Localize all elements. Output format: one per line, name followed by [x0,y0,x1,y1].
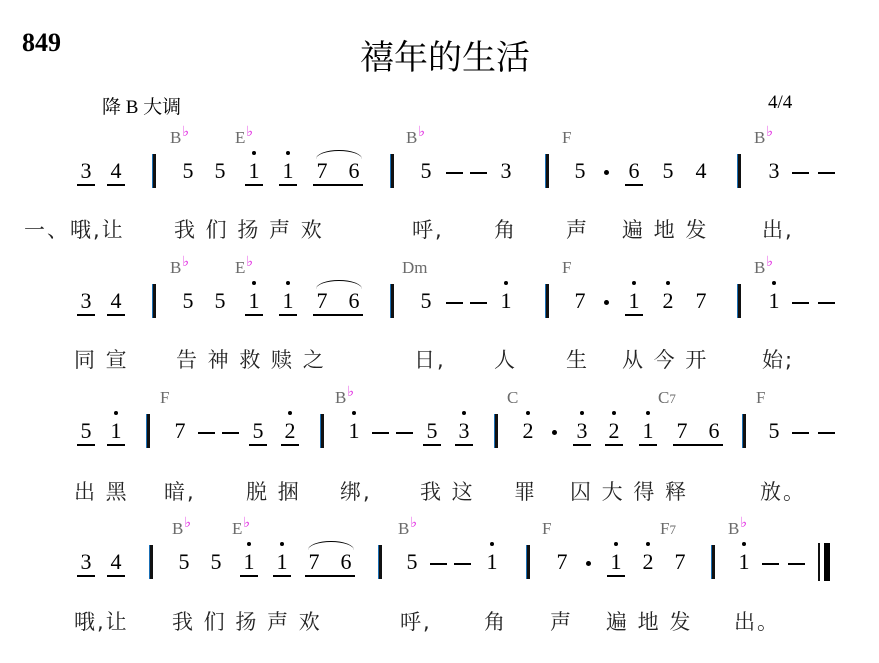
note: 5 [180,290,196,312]
chord-symbol: C7 [658,388,676,408]
eighth-underline [240,575,258,577]
lyric-text: 囚 大 得 释 [570,476,688,506]
octave-dot [252,151,256,155]
eighth-underline [77,314,95,316]
chord-root: E [232,519,242,538]
chord-root: C [658,388,669,407]
eighth-underline [77,575,95,577]
final-barline-thick [824,543,830,581]
note: 7 [572,290,588,312]
octave-dot [286,151,290,155]
augmentation-dot [604,170,609,175]
chord-root: B [170,258,181,277]
chord-symbol: B♭ [754,258,773,278]
octave-dot [646,542,650,546]
eighth-underline [77,184,95,186]
chord-symbol: E♭ [235,128,253,148]
eighth-underline [605,444,623,446]
sustain-dash [818,432,835,434]
octave-dot [526,411,530,415]
chord-root: F [542,519,551,538]
eighth-underline [107,575,125,577]
octave-dot [772,281,776,285]
note: 3 [78,551,94,573]
eighth-underline [673,444,723,446]
note: 4 [693,160,709,182]
flat-icon: ♭ [243,516,250,531]
note: 6 [706,420,722,442]
lyric-text: 从 今 开 [622,344,708,374]
note: 2 [660,290,676,312]
note: 1 [346,420,362,442]
lyric-text: 日, [414,344,446,374]
eighth-underline [625,184,643,186]
note: 1 [608,551,624,573]
note: 2 [282,420,298,442]
note: 5 [572,160,588,182]
final-barline-thin [818,543,820,581]
page-title: 禧年的生活 [360,30,530,79]
lyric-text: 绑, [340,476,372,506]
note: 3 [766,160,782,182]
note: 2 [640,551,656,573]
chord-root: C [507,388,518,407]
eighth-underline [107,184,125,186]
octave-dot [252,281,256,285]
flat-icon: ♭ [766,125,773,140]
note: 3 [456,420,472,442]
note: 1 [280,160,296,182]
chord-symbol: B♭ [398,519,417,539]
lyric-text: 脱 捆 [246,476,301,506]
octave-dot [666,281,670,285]
chord-symbol: F [562,258,571,278]
note: 1 [274,551,290,573]
chord-symbol: C [507,388,518,408]
octave-dot [742,542,746,546]
chord-symbol: B♭ [406,128,425,148]
octave-dot [490,542,494,546]
chord-symbol: B♭ [754,128,773,148]
chord-root: F [756,388,765,407]
sustain-dash [396,432,413,434]
octave-dot [280,542,284,546]
lyric-text: 告 神 救 赎 之 [176,344,326,374]
chord-symbol: B♭ [728,519,747,539]
note: 2 [606,420,622,442]
lyric-text: 呼, [400,606,432,636]
eighth-underline [639,444,657,446]
flat-icon: ♭ [182,125,189,140]
lyric-text: 呼, [412,214,444,244]
barline [545,154,549,188]
augmentation-dot [604,300,609,305]
note: 5 [766,420,782,442]
chord-root: B [754,258,765,277]
note: 5 [660,160,676,182]
sustain-dash [792,302,809,304]
note: 7 [554,551,570,573]
note: 7 [693,290,709,312]
note: 5 [180,160,196,182]
lyric-text: 声 [566,214,589,244]
note: 7 [672,551,688,573]
eighth-underline [279,314,297,316]
barline [711,545,715,579]
chord-root: Dm [402,258,428,277]
note: 5 [404,551,420,573]
chord-root: B [170,128,181,147]
note: 5 [250,420,266,442]
lyric-text: 一、哦,让 [24,214,125,244]
chord-symbol: F [562,128,571,148]
flat-icon: ♭ [182,255,189,270]
lyric-text: 人 [494,344,517,374]
note: 1 [640,420,656,442]
eighth-underline [455,444,473,446]
barline [152,284,156,318]
sustain-dash [762,563,779,565]
sustain-dash [818,302,835,304]
slur [308,541,354,550]
eighth-underline [273,575,291,577]
chord-root: F [562,128,571,147]
eighth-underline [305,575,355,577]
note: 1 [626,290,642,312]
octave-dot [114,411,118,415]
octave-dot [612,411,616,415]
chord-symbol: B♭ [170,258,189,278]
chord-extension: 7 [669,391,676,406]
note: 1 [766,290,782,312]
chord-root: B [754,128,765,147]
chord-symbol: F [756,388,765,408]
chord-symbol: F [542,519,551,539]
lyric-text: 遍 地 发 [622,214,708,244]
note: 1 [241,551,257,573]
eighth-underline [625,314,643,316]
flat-icon: ♭ [246,255,253,270]
barline [390,284,394,318]
sustain-dash [222,432,239,434]
note: 1 [484,551,500,573]
eighth-underline [77,444,95,446]
chord-symbol: E♭ [232,519,250,539]
chord-root: B [335,388,346,407]
flat-icon: ♭ [184,516,191,531]
octave-dot [580,411,584,415]
lyric-text: 角 [494,214,517,244]
chord-root: B [172,519,183,538]
note: 5 [418,160,434,182]
eighth-underline [573,444,591,446]
chord-symbol: B♭ [170,128,189,148]
octave-dot [286,281,290,285]
note: 4 [108,551,124,573]
octave-dot [462,411,466,415]
barline [146,414,150,448]
lyric-text: 角 [484,606,507,636]
note: 7 [306,551,322,573]
eighth-underline [249,444,267,446]
barline [152,154,156,188]
lyric-text: 同 宣 [74,344,129,374]
note: 5 [212,290,228,312]
augmentation-dot [552,430,557,435]
note: 1 [736,551,752,573]
eighth-underline [607,575,625,577]
slur [316,150,362,159]
flat-icon: ♭ [740,516,747,531]
chord-root: F [160,388,169,407]
key-signature: 降 B 大调 [102,92,181,119]
barline [320,414,324,448]
flat-icon: ♭ [766,255,773,270]
sustain-dash [372,432,389,434]
note: 6 [338,551,354,573]
chord-symbol: E♭ [235,258,253,278]
chord-symbol: Dm [402,258,428,278]
flat-icon: ♭ [347,385,354,400]
sustain-dash [198,432,215,434]
barline [149,545,153,579]
eighth-underline [107,314,125,316]
lyric-text: 出。 [734,606,780,636]
eighth-underline [245,184,263,186]
barline [378,545,382,579]
note: 6 [346,160,362,182]
lyric-text: 我 们 扬 声 欢 [174,214,324,244]
chord-symbol: B♭ [335,388,354,408]
lyric-text: 出, [762,214,794,244]
octave-dot [632,281,636,285]
chord-extension: 7 [669,522,676,537]
note: 5 [176,551,192,573]
barline [545,284,549,318]
eighth-underline [423,444,441,446]
slur [316,280,362,289]
barline [737,154,741,188]
note: 3 [574,420,590,442]
lyric-text: 罪 [514,476,537,506]
chord-symbol: F [160,388,169,408]
sustain-dash [454,563,471,565]
chord-root: E [235,258,245,277]
note: 3 [78,160,94,182]
lyric-text: 我 这 [420,476,475,506]
sustain-dash [446,172,463,174]
sustain-dash [792,172,809,174]
lyric-text: 生 [566,344,589,374]
octave-dot [288,411,292,415]
eighth-underline [313,314,363,316]
octave-dot [614,542,618,546]
eighth-underline [281,444,299,446]
chord-root: F [562,258,571,277]
sustain-dash [430,563,447,565]
barline [526,545,530,579]
chord-symbol: B♭ [172,519,191,539]
sustain-dash [792,432,809,434]
barline [742,414,746,448]
sustain-dash [446,302,463,304]
lyric-text: 放。 [760,476,806,506]
lyric-text: 始; [762,344,794,374]
barline [390,154,394,188]
note: 7 [314,290,330,312]
octave-dot [352,411,356,415]
hymn-number: 849 [22,28,61,58]
lyric-text: 我 们 扬 声 欢 [172,606,322,636]
note: 5 [212,160,228,182]
eighth-underline [313,184,363,186]
note: 5 [424,420,440,442]
flat-icon: ♭ [418,125,425,140]
note: 7 [172,420,188,442]
chord-root: E [235,128,245,147]
time-signature: 4/4 [768,92,792,114]
lyric-text: 出 黑 [74,476,129,506]
octave-dot [504,281,508,285]
barline [737,284,741,318]
eighth-underline [245,314,263,316]
flat-icon: ♭ [246,125,253,140]
note: 6 [626,160,642,182]
flat-icon: ♭ [410,516,417,531]
note: 1 [280,290,296,312]
chord-root: B [398,519,409,538]
note: 5 [418,290,434,312]
note: 1 [246,160,262,182]
note: 2 [520,420,536,442]
note: 7 [674,420,690,442]
augmentation-dot [586,561,591,566]
chord-root: B [728,519,739,538]
note: 1 [498,290,514,312]
note: 4 [108,160,124,182]
note: 1 [246,290,262,312]
sustain-dash [470,302,487,304]
eighth-underline [107,444,125,446]
octave-dot [247,542,251,546]
note: 6 [346,290,362,312]
note: 5 [208,551,224,573]
sustain-dash [470,172,487,174]
note: 4 [108,290,124,312]
note: 3 [78,290,94,312]
note: 7 [314,160,330,182]
lyric-text: 哦,让 [74,606,129,636]
lyric-text: 遍 地 发 [606,606,692,636]
barline [494,414,498,448]
chord-root: B [406,128,417,147]
octave-dot [646,411,650,415]
eighth-underline [279,184,297,186]
sustain-dash [788,563,805,565]
note: 1 [108,420,124,442]
lyric-text: 暗, [164,476,196,506]
note: 5 [78,420,94,442]
sustain-dash [818,172,835,174]
lyric-text: 声 [550,606,573,636]
chord-symbol: F7 [660,519,676,539]
note: 3 [498,160,514,182]
